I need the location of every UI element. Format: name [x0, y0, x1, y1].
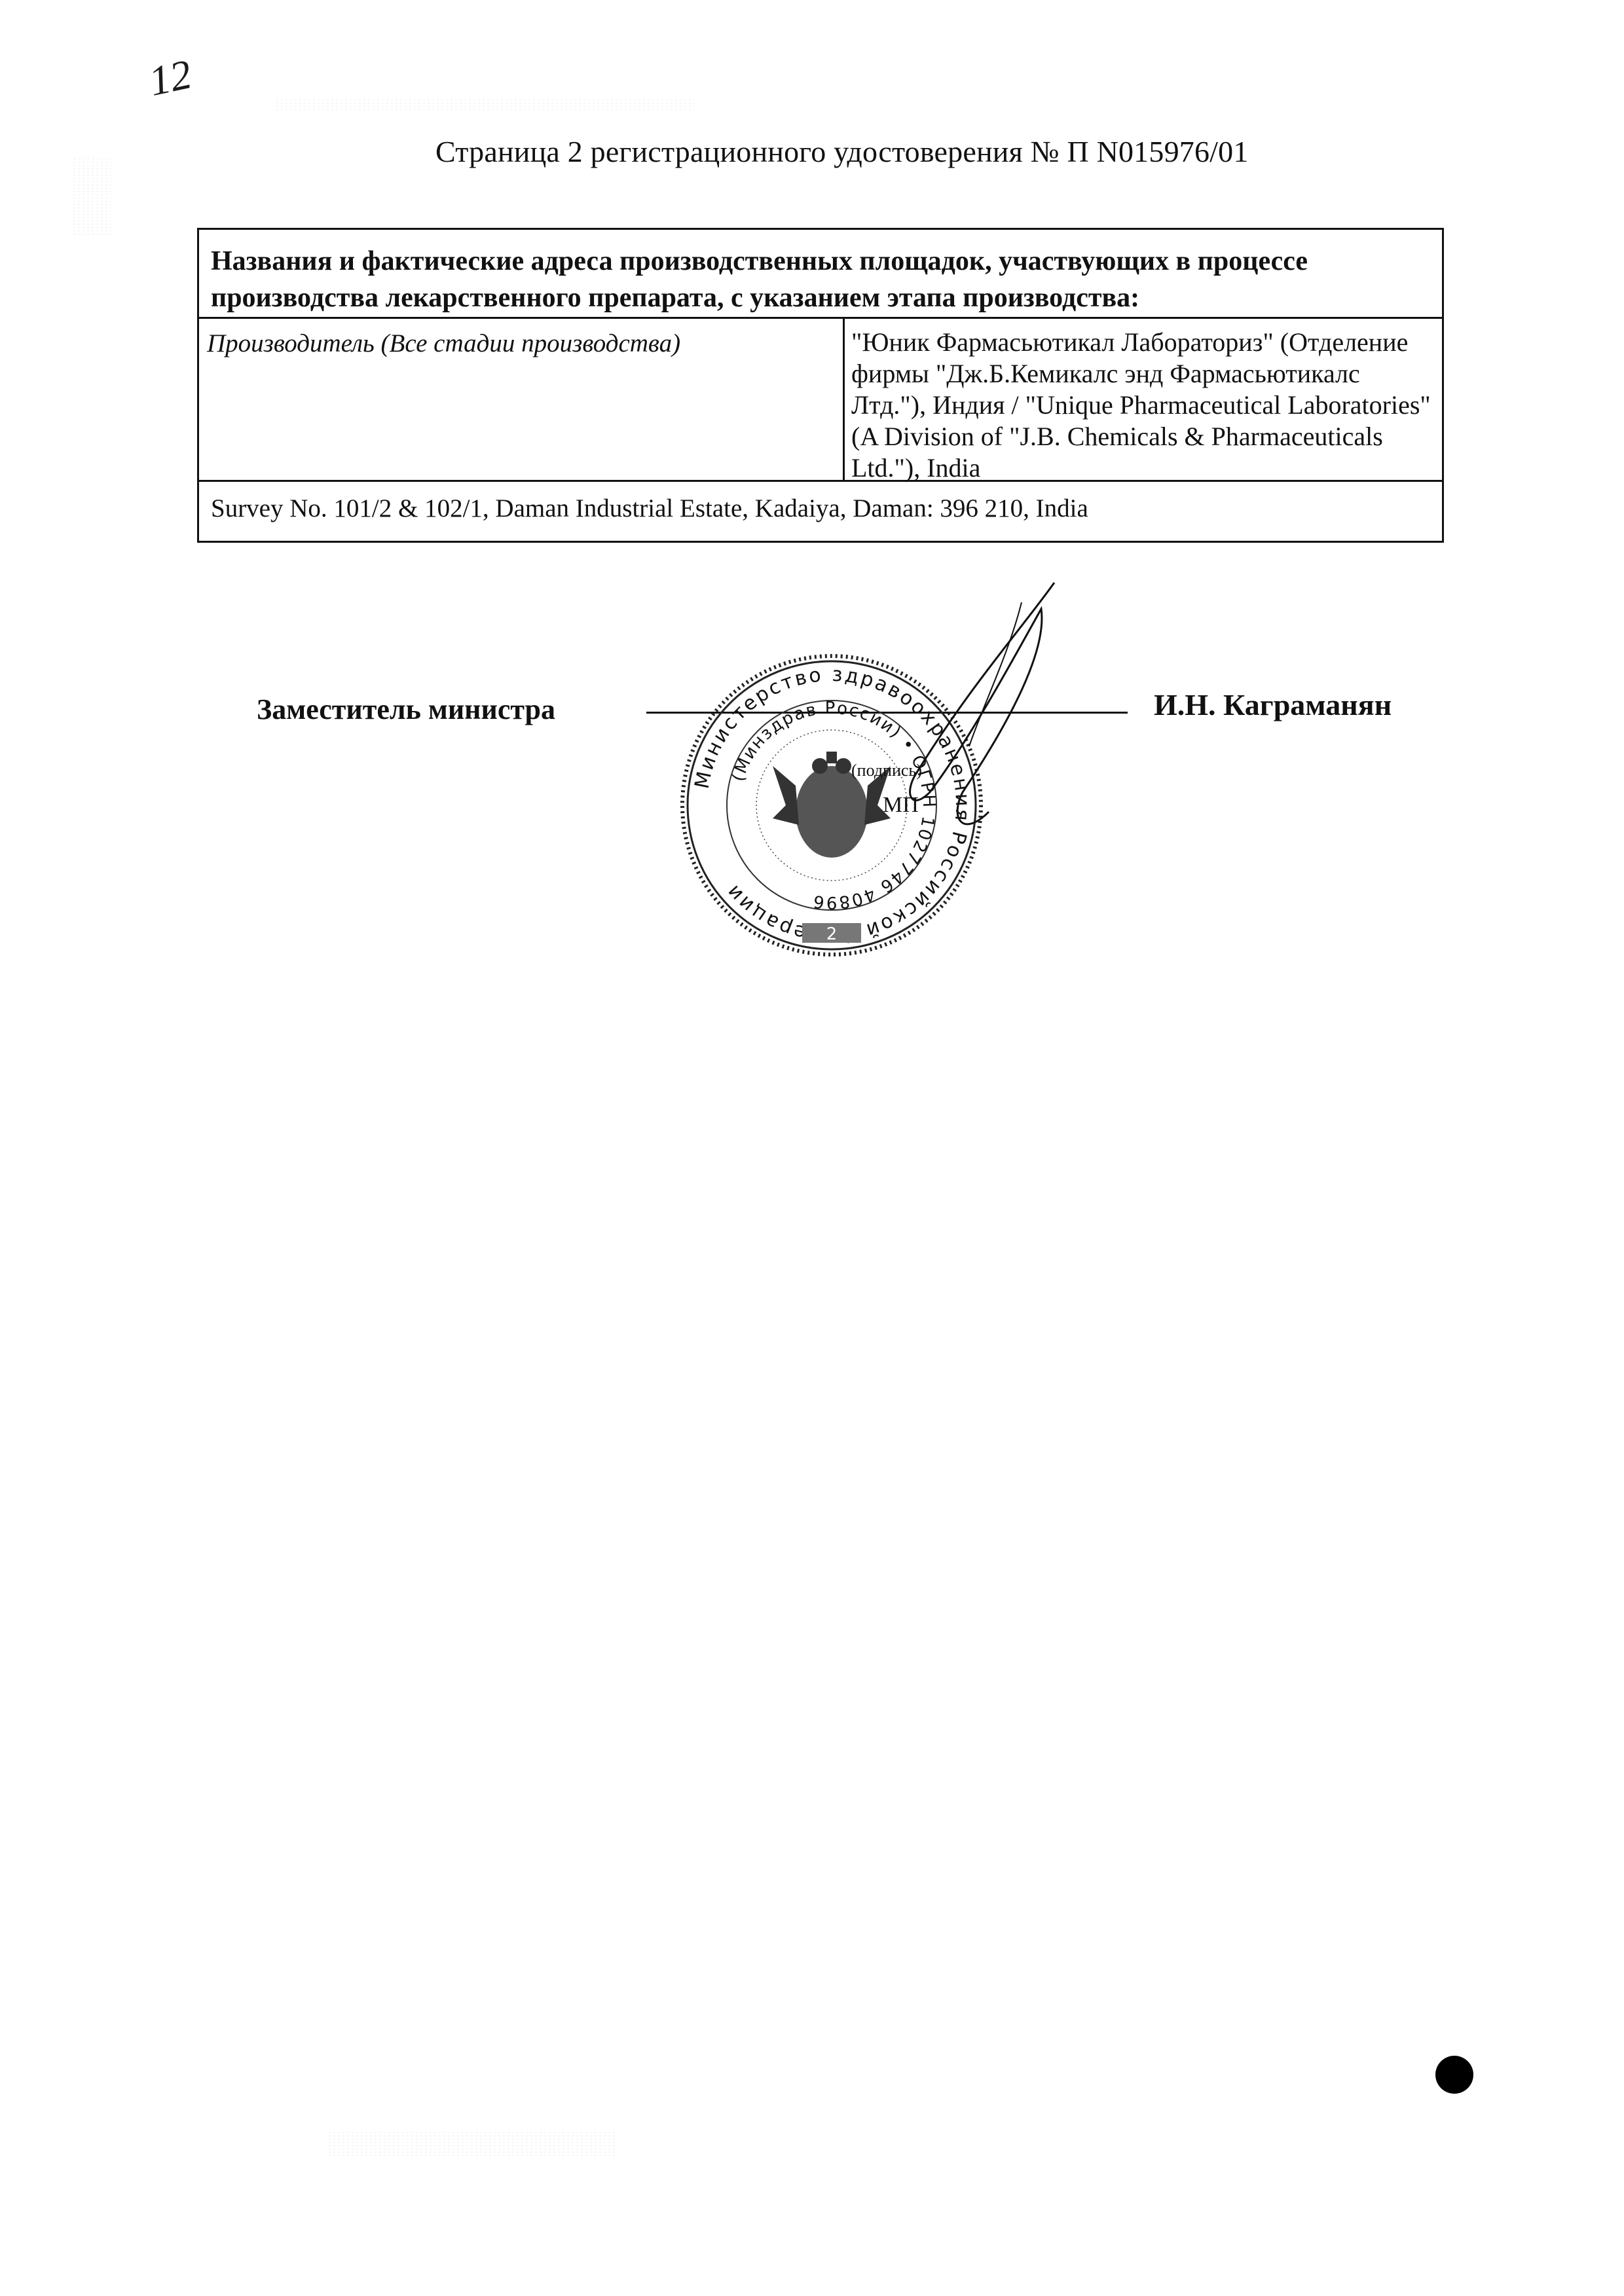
stamp-number: 2 [826, 924, 838, 944]
manufacturing-sites-table: Названия и фактические адреса производст… [197, 228, 1444, 543]
manufacturer-address: Survey No. 101/2 & 102/1, Daman Industri… [199, 480, 1442, 541]
table-heading: Названия и фактические адреса производст… [199, 230, 1442, 317]
manufacturer-role: Производитель (Все стадии производства) [199, 319, 845, 480]
scan-noise [275, 98, 694, 113]
scan-noise [72, 157, 111, 236]
signatory-name: И.Н. Каграманян [1154, 687, 1392, 722]
corner-marker-dot [1435, 2056, 1473, 2094]
table-row: Производитель (Все стадии производства) … [199, 317, 1442, 480]
signatory-position: Заместитель министра [257, 693, 555, 726]
handwritten-folio-number: 12 [145, 50, 196, 106]
handwritten-signature [891, 576, 1061, 851]
manufacturer-name: "Юник Фармасьютикал Лабораториз" (Отделе… [845, 319, 1442, 480]
scan-noise [327, 2131, 616, 2157]
page-header: Страница 2 регистрационного удостоверени… [435, 134, 1249, 169]
